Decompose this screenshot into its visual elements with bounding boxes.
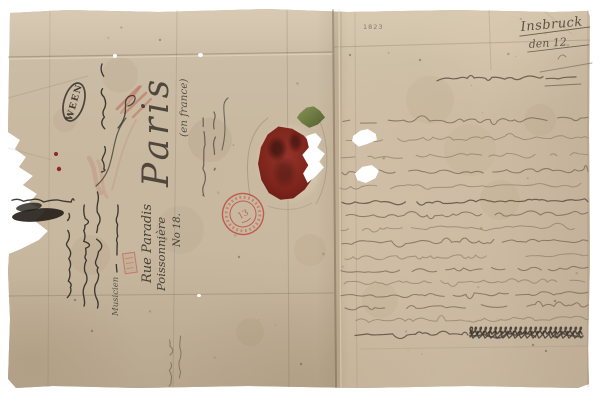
address-profession: Musicien (111, 277, 121, 317)
speck (258, 319, 259, 320)
letter-photograph: WEEN 13 Paris (en france) Rue Paradis Po… (0, 0, 608, 396)
handwriting-line (341, 223, 588, 232)
fold-wear-dot (198, 53, 203, 57)
stain (70, 235, 110, 275)
speck (233, 144, 235, 146)
speck (349, 54, 351, 56)
salutation-underline (545, 84, 581, 86)
speck (477, 286, 479, 288)
speck (341, 265, 343, 267)
speck (532, 344, 534, 346)
letter-heading: Insbruck den 12 (518, 14, 590, 52)
heading-rule (540, 63, 592, 72)
heading-date: den 12 (528, 35, 567, 51)
chalk-smudge (112, 120, 136, 190)
wax-speck (57, 167, 61, 171)
speck (300, 363, 302, 365)
stain (362, 282, 398, 318)
speck (322, 252, 325, 255)
speck (527, 177, 529, 179)
fold-wear-dot (197, 294, 201, 297)
stain (444, 124, 496, 176)
heading-mark (558, 55, 566, 59)
stain-spots (53, 18, 578, 365)
circular-datestamp: 13 (215, 186, 270, 241)
handwriting-vertical-line (66, 214, 71, 298)
speck (74, 299, 76, 301)
stain (188, 118, 232, 162)
markings-layer: WEEN 13 Paris (en france) Rue Paradis Po… (0, 0, 608, 396)
crease-line (8, 148, 52, 160)
speck (296, 82, 299, 85)
page-fold-edge (333, 10, 336, 387)
speck (482, 112, 483, 113)
speck (471, 85, 472, 86)
handwriting-line (340, 183, 588, 189)
pencil-year-annotation: 1823 (363, 23, 384, 31)
handwriting-line (342, 238, 588, 247)
speck (576, 272, 578, 274)
address-street2: Poissonnière (154, 217, 168, 292)
crease-line (360, 346, 588, 349)
stain (294, 234, 326, 266)
fold-highlight (339, 10, 341, 387)
handwriting-line (346, 211, 588, 219)
speck (275, 325, 276, 326)
speck (515, 56, 516, 57)
speck (419, 59, 421, 61)
speck (408, 350, 409, 351)
speck (107, 37, 109, 39)
stain (236, 318, 264, 346)
crease-line (8, 293, 334, 296)
salutation-line (546, 77, 576, 79)
speck (421, 354, 422, 355)
handwriting-layer (12, 64, 588, 386)
crease-line (173, 10, 177, 387)
address-city: Paris (136, 76, 177, 188)
salutation-line (437, 76, 543, 81)
speck (238, 256, 240, 258)
speck (120, 26, 122, 28)
speck (388, 52, 390, 54)
speck (545, 350, 547, 352)
speck (405, 331, 407, 333)
wax-speck (54, 152, 58, 156)
crease-line (489, 10, 491, 70)
fold-wear-dot (113, 54, 117, 58)
stain (406, 76, 454, 124)
speck (91, 330, 93, 332)
handwriting-vertical-line (116, 205, 118, 272)
stain (102, 57, 138, 93)
speck (149, 310, 151, 312)
speck (214, 356, 217, 359)
speck (554, 300, 556, 302)
handwriting-vertical-line (169, 340, 173, 386)
speck (159, 39, 161, 41)
handwriting-line (355, 331, 468, 338)
red-frank-stamp (123, 252, 138, 273)
speck (217, 191, 220, 194)
crease-line (48, 10, 50, 387)
crease-line (355, 12, 357, 387)
address-country: (en france) (178, 78, 190, 137)
speck (497, 318, 498, 319)
handwriting-line (356, 316, 588, 323)
handwriting-line (345, 254, 588, 260)
wax-specks (54, 152, 61, 171)
flap-rim (268, 203, 312, 210)
handwriting-vertical-line (179, 336, 181, 378)
address-street: Rue Paradis (140, 204, 155, 284)
speck (507, 53, 510, 56)
handwriting-line (341, 266, 588, 272)
handwriting-line (12, 199, 74, 202)
oval-postmark-text: WEEN (65, 83, 85, 123)
stain (524, 104, 556, 136)
handwriting-line (342, 199, 588, 205)
speck (234, 234, 237, 237)
address-number: No 18. (172, 213, 183, 248)
